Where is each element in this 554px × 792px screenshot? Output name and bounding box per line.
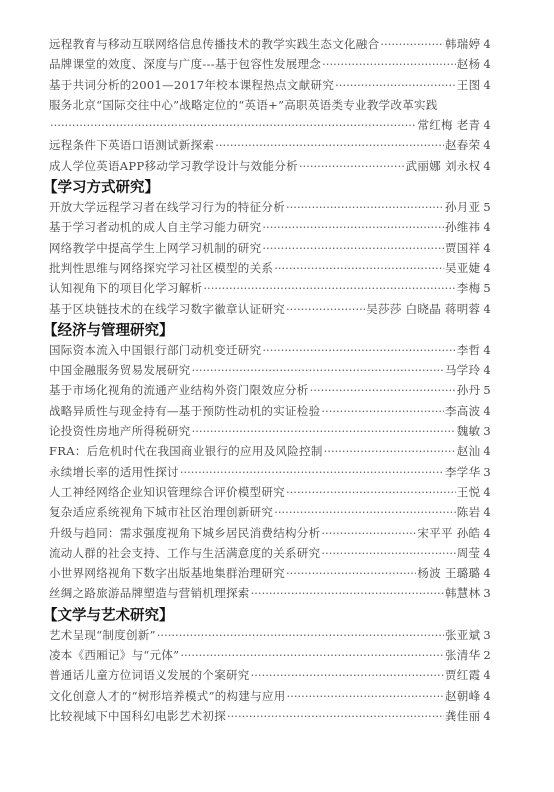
entry-title: 成人学位英语APP移动学习教学设计与效能分析 (49, 158, 298, 174)
leader-dots (215, 138, 444, 152)
entry-author: 王图 (457, 77, 481, 93)
entry-page: 3 (483, 424, 491, 438)
toc-entry[interactable]: 升级与趋同：需求强度视角下城乡居民消费结构分析宋平平 孙皓4 (49, 525, 491, 545)
toc-entry[interactable]: 凌本《西厢记》与“元体”张清华2 (49, 647, 491, 667)
entry-page: 5 (483, 281, 491, 295)
entry-author: 赵朝峰 (445, 688, 480, 704)
leader-dots (262, 343, 455, 357)
entry-title: 人工神经网络企业知识管理综合评价模型研究 (49, 484, 285, 500)
entry-page: 4 (483, 118, 491, 132)
entry-page: 5 (483, 383, 491, 397)
entry-page: 4 (483, 261, 491, 275)
entry-page: 4 (483, 505, 491, 519)
entry-page: 4 (483, 363, 491, 377)
entry-author: 魏敏 (457, 423, 481, 439)
entry-title: 基于区块链技术的在线学习数字徽章认证研究 (49, 301, 285, 317)
entry-author: 宋平平 孙皓 (417, 525, 480, 541)
entry-title: 战略异质性与现金持有—基于预防性动机的实证检验 (49, 403, 320, 419)
entry-title: 国际资本流入中国银行部门动机变迁研究 (49, 342, 261, 358)
toc-entry[interactable]: 丝绸之路旅游品牌塑造与营销机理探索韩慧林3 (49, 585, 491, 605)
entry-author: 吴亚婕 (445, 260, 480, 276)
entry-title: 复杂适应系统视角下城市社区治理创新研究 (49, 504, 273, 520)
entry-title: 小世界网络视角下数字出版基地集群治理研究 (49, 565, 285, 581)
entry-page: 4 (483, 37, 491, 51)
toc-entry[interactable]: 论投资性房地产所得税研究魏敏3 (49, 423, 491, 443)
entry-author: 韩慧林 (445, 585, 480, 601)
entry-page: 4 (483, 485, 491, 499)
entry-title: 服务北京“国际交往中心”战略定位的“英语+”高职英语类专业教学改革实践 (49, 97, 491, 113)
entry-author: 李梅 (457, 280, 481, 296)
entry-author: 韩瑞婷 (445, 36, 480, 52)
leader-dots (286, 302, 365, 316)
entry-title: 开放大学远程学习者在线学习行为的特征分析 (49, 199, 285, 215)
leader-dots (321, 404, 444, 418)
entry-page: 4 (483, 444, 491, 458)
entry-page: 4 (483, 709, 491, 723)
entry-author: 杨波 王璐璐 (417, 565, 480, 581)
entry-title: 网络教学中提高学生上网学习机制的研究 (49, 240, 261, 256)
entry-title: 文化创意人才的“树形培养模式”的构建与应用 (49, 688, 286, 704)
toc-entry[interactable]: 小世界网络视角下数字出版基地集群治理研究杨波 王璐璐4 (49, 565, 491, 585)
leader-dots (286, 566, 416, 580)
section-heading-literature-art: 【文学与艺术研究】 (43, 606, 491, 627)
entry-title: 基于市场化视角的流通产业结构外资门限效应分析 (49, 382, 309, 398)
entry-author: 贾红霞 (445, 667, 480, 683)
leader-dots (180, 465, 444, 479)
entry-author: 李高波 (445, 403, 480, 419)
toc-entry[interactable]: 网络教学中提高学生上网学习机制的研究贾国祥4 (49, 240, 491, 260)
entry-page: 4 (483, 689, 491, 703)
entry-page: 4 (483, 241, 491, 255)
toc-entry[interactable]: FRA：后危机时代在我国商业银行的应用及风险控制赵汕4 (49, 443, 491, 463)
leader-dots (287, 689, 444, 703)
entry-title: 中国金融服务贸易发展研究 (49, 362, 191, 378)
toc-entry[interactable]: 文化创意人才的“树形培养模式”的构建与应用赵朝峰4 (49, 688, 491, 708)
toc-entry[interactable]: 基于共词分析的2001—2017年校本课程热点文献研究王图4 (49, 77, 491, 97)
entry-author: 常红梅 老青 (417, 117, 480, 133)
leader-dots (335, 78, 456, 92)
leader-dots (203, 281, 455, 295)
toc-entry[interactable]: 认知视角下的项目化学习解析李梅5 (49, 280, 491, 300)
leader-dots (299, 159, 405, 173)
leader-dots (192, 424, 456, 438)
leader-dots (251, 668, 444, 682)
entry-author: 赵汕 (457, 443, 481, 459)
toc-entry[interactable]: 永续增长率的适用性探讨李学华3 (49, 464, 491, 484)
table-of-contents: 远程教育与移动互联网络信息传播技术的教学实践生态文化融合韩瑞婷4 品牌课堂的效度… (49, 36, 491, 728)
entry-author: 孙维祎 (445, 219, 480, 235)
entry-author: 陈岩 (457, 504, 481, 520)
leader-dots (274, 261, 444, 275)
entry-title: 品牌课堂的效度、深度与广度---基于包容性发展理念 (49, 56, 321, 72)
leader-dots (192, 363, 444, 377)
leader-dots (321, 526, 416, 540)
leader-dots (50, 118, 416, 132)
entry-page: 4 (483, 668, 491, 682)
entry-title: 艺术呈现“制度创新” (49, 627, 156, 643)
leader-dots (157, 628, 444, 642)
entry-page: 4 (483, 138, 491, 152)
entry-title: 比较视域下中国科幻电影艺术初探 (49, 708, 226, 724)
toc-entry[interactable]: 成人学位英语APP移动学习教学设计与效能分析武丽娜 刘永权4 (49, 158, 491, 178)
entry-author: 孙月亚 (445, 199, 480, 215)
leader-dots (274, 505, 456, 519)
toc-entry[interactable]: 基于市场化视角的流通产业结构外资门限效应分析孙丹5 (49, 382, 491, 402)
entry-title: 丝绸之路旅游品牌塑造与营销机理探索 (49, 585, 250, 601)
entry-author: 吴莎莎 白晓晶 蒋明蓉 (366, 301, 480, 317)
entry-page: 4 (483, 404, 491, 418)
toc-entry[interactable]: 复杂适应系统视角下城市社区治理创新研究陈岩4 (49, 504, 491, 524)
entry-title: 永续增长率的适用性探讨 (49, 464, 179, 480)
entry-title: 基于学习者动机的成人自主学习能力研究 (49, 219, 261, 235)
entry-author: 龚佳丽 (445, 708, 480, 724)
toc-entry[interactable]: 品牌课堂的效度、深度与广度---基于包容性发展理念赵杨4 (49, 56, 491, 76)
entry-title: 论投资性房地产所得税研究 (49, 423, 191, 439)
entry-page: 3 (483, 465, 491, 479)
section-heading-economics-management: 【经济与管理研究】 (43, 321, 491, 342)
entry-author: 周莹 (457, 545, 481, 561)
toc-entry[interactable]: 国际资本流入中国银行部门动机变迁研究李哲4 (49, 342, 491, 362)
entry-page: 3 (483, 586, 491, 600)
toc-entry[interactable]: 普通话儿童方位词语义发展的个案研究贾红霞4 (49, 667, 491, 687)
leader-dots (180, 648, 444, 662)
leader-dots (262, 241, 444, 255)
toc-entry[interactable]: 比较视域下中国科幻电影艺术初探龚佳丽4 (49, 708, 491, 728)
entry-author: 贾国祥 (445, 240, 480, 256)
leader-dots (227, 709, 444, 723)
entry-page: 4 (483, 343, 491, 357)
entry-page: 4 (483, 546, 491, 560)
toc-entry[interactable]: 中国金融服务贸易发展研究马学玲4 (49, 362, 491, 382)
toc-entry[interactable]: 基于区块链技术的在线学习数字徽章认证研究吴莎莎 白晓晶 蒋明蓉4 (49, 301, 491, 321)
toc-entry[interactable]: 批判性思维与网络探究学习社区模型的关系吴亚婕4 (49, 260, 491, 280)
entry-title: 普通话儿童方位词语义发展的个案研究 (49, 667, 250, 683)
toc-entry[interactable]: 基于学习者动机的成人自主学习能力研究孙维祎4 (49, 219, 491, 239)
entry-page: 4 (483, 302, 491, 316)
entry-author: 赵杨 (457, 56, 481, 72)
entry-title: 远程教育与移动互联网络信息传播技术的教学实践生态文化融合 (49, 36, 379, 52)
entry-author: 李哲 (457, 342, 481, 358)
entry-title: 流动人群的社会支持、工作与生活满意度的关系研究 (49, 545, 320, 561)
leader-dots (286, 200, 444, 214)
entry-page: 2 (483, 648, 491, 662)
entry-title: 基于共词分析的2001—2017年校本课程热点文献研究 (49, 77, 334, 93)
toc-entry[interactable]: 战略异质性与现金持有—基于预防性动机的实证检验李高波4 (49, 403, 491, 423)
entry-title: 认知视角下的项目化学习解析 (49, 280, 202, 296)
toc-entry-continuation[interactable]: 常红梅 老青4 (49, 117, 491, 137)
entry-author: 张清华 (445, 647, 480, 663)
leader-dots (321, 546, 455, 560)
entry-author: 武丽娜 刘永权 (406, 158, 481, 174)
entry-page: 3 (483, 628, 491, 642)
toc-entry[interactable]: 流动人群的社会支持、工作与生活满意度的关系研究周莹4 (49, 545, 491, 565)
leader-dots (262, 220, 444, 234)
entry-author: 张亚斌 (445, 627, 480, 643)
toc-entry[interactable]: 人工神经网络企业知识管理综合评价模型研究王悦4 (49, 484, 491, 504)
entry-page: 5 (483, 200, 491, 214)
section-heading-learning-methods: 【学习方式研究】 (43, 178, 491, 199)
entry-page: 4 (483, 78, 491, 92)
toc-entry[interactable]: 远程教育与移动互联网络信息传播技术的教学实践生态文化融合韩瑞婷4 (49, 36, 491, 56)
leader-dots (251, 586, 444, 600)
entry-page: 4 (483, 159, 491, 173)
entry-author: 孙丹 (457, 382, 481, 398)
entry-page: 4 (483, 566, 491, 580)
leader-dots (310, 383, 456, 397)
leader-dots (380, 37, 444, 51)
entry-title: 批判性思维与网络探究学习社区模型的关系 (49, 260, 273, 276)
leader-dots (322, 57, 456, 71)
entry-title: 升级与趋同：需求强度视角下城乡居民消费结构分析 (49, 525, 320, 541)
entry-author: 李学华 (445, 464, 480, 480)
entry-author: 王悦 (457, 484, 481, 500)
toc-entry[interactable]: 艺术呈现“制度创新”张亚斌3 (49, 627, 491, 647)
leader-dots (324, 444, 456, 458)
entry-title: 远程条件下英语口语测试新探索 (49, 137, 214, 153)
toc-entry[interactable]: 远程条件下英语口语测试新探索赵春荣4 (49, 137, 491, 157)
entry-author: 马学玲 (445, 362, 480, 378)
entry-title: FRA：后危机时代在我国商业银行的应用及风险控制 (49, 443, 323, 459)
toc-entry-title-line[interactable]: 服务北京“国际交往中心”战略定位的“英语+”高职英语类专业教学改革实践 (49, 97, 491, 117)
leader-dots (286, 485, 456, 499)
entry-page: 4 (483, 526, 491, 540)
entry-author: 赵春荣 (445, 137, 480, 153)
entry-page: 4 (483, 220, 491, 234)
toc-entry[interactable]: 开放大学远程学习者在线学习行为的特征分析孙月亚5 (49, 199, 491, 219)
entry-title: 凌本《西厢记》与“元体” (49, 647, 179, 663)
entry-page: 4 (483, 57, 491, 71)
